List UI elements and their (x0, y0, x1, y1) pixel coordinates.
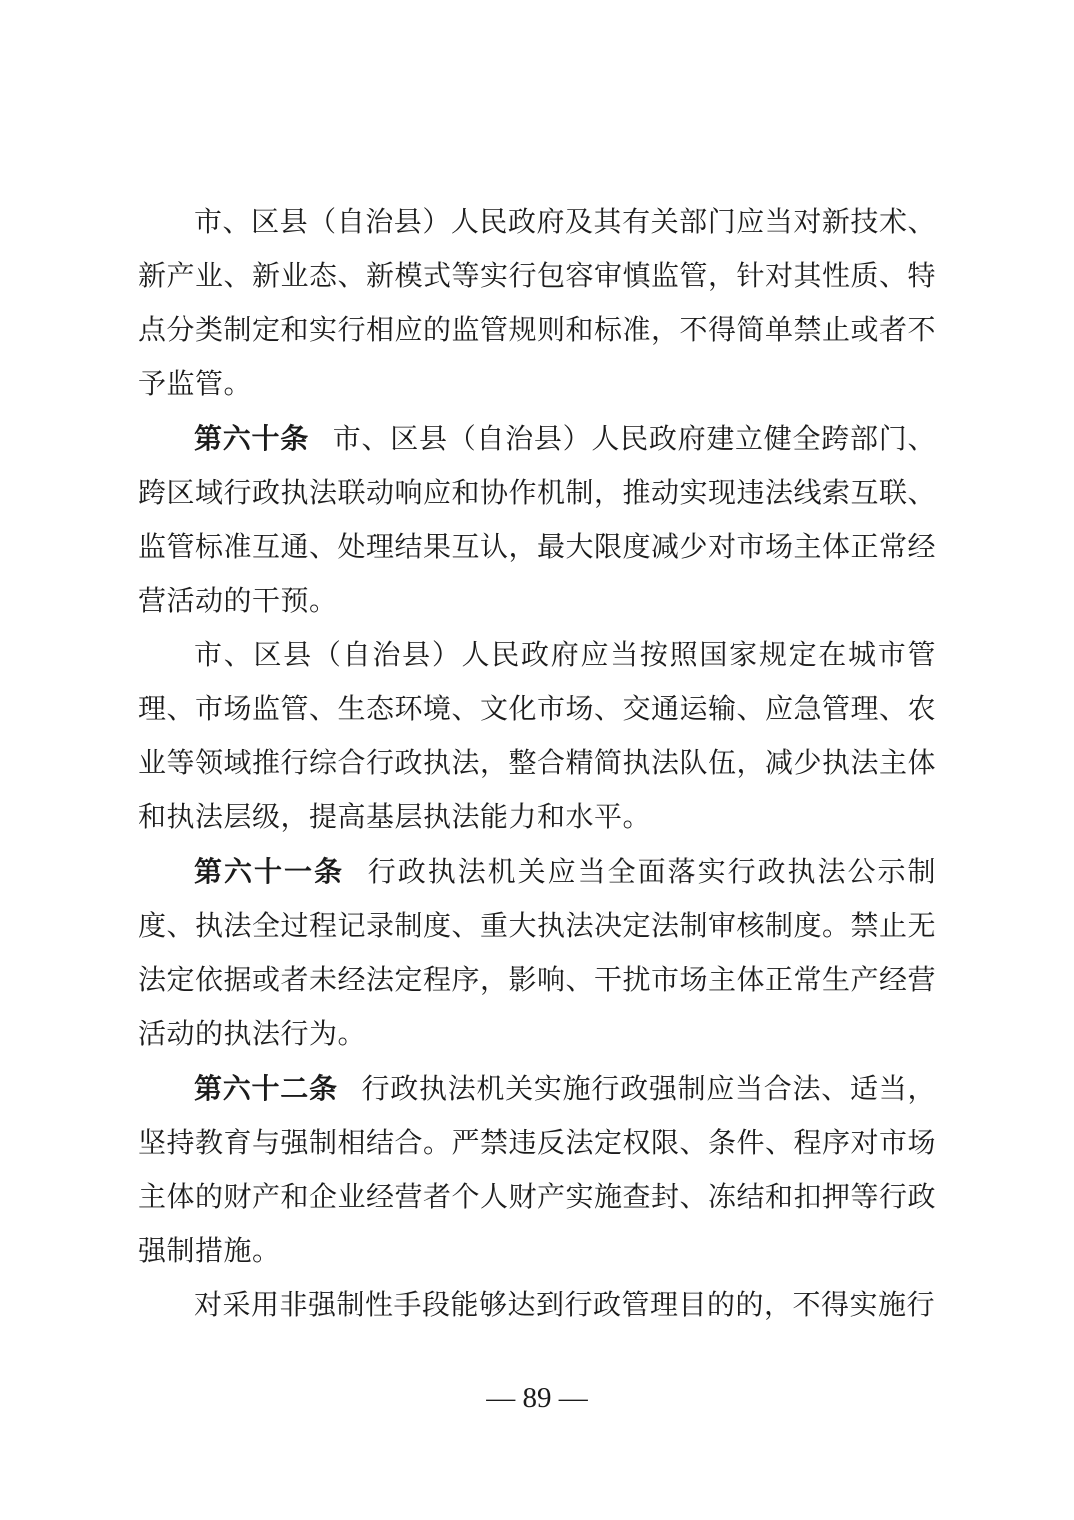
paragraph: 第六十一条行政执法机关应当全面落实行政执法公示制度、执法全过程记录制度、重大执法… (138, 845, 936, 1062)
paragraph-text: 对采用非强制性手段能够达到行政管理目的的，不得实施行 (194, 1290, 935, 1321)
paragraph: 第六十条市、区县（自治县）人民政府建立健全跨部门、跨区域行政执法联动响应和协作机… (138, 412, 936, 629)
article-number: 第六十条 (194, 423, 309, 454)
paragraph: 市、区县（自治县）人民政府应当按照国家规定在城市管理、市场监管、生态环境、文化市… (138, 629, 936, 845)
paragraph-text: 市、区县（自治县）人民政府及其有关部门应当对新技术、新产业、新业态、新模式等实行… (138, 207, 936, 400)
page-number: — 89 — (0, 1376, 1074, 1420)
paragraph: 第六十二条行政执法机关实施行政强制应当合法、适当，坚持教育与强制相结合。严禁违反… (138, 1062, 936, 1279)
document-body: 市、区县（自治县）人民政府及其有关部门应当对新技术、新产业、新业态、新模式等实行… (138, 196, 936, 1333)
article-number: 第六十一条 (194, 856, 344, 887)
article-number: 第六十二条 (194, 1073, 338, 1104)
paragraph: 对采用非强制性手段能够达到行政管理目的的，不得实施行 (138, 1279, 936, 1333)
document-page: 市、区县（自治县）人民政府及其有关部门应当对新技术、新产业、新业态、新模式等实行… (0, 0, 1074, 1520)
paragraph: 市、区县（自治县）人民政府及其有关部门应当对新技术、新产业、新业态、新模式等实行… (138, 196, 936, 412)
paragraph-text: 市、区县（自治县）人民政府应当按照国家规定在城市管理、市场监管、生态环境、文化市… (138, 640, 936, 833)
